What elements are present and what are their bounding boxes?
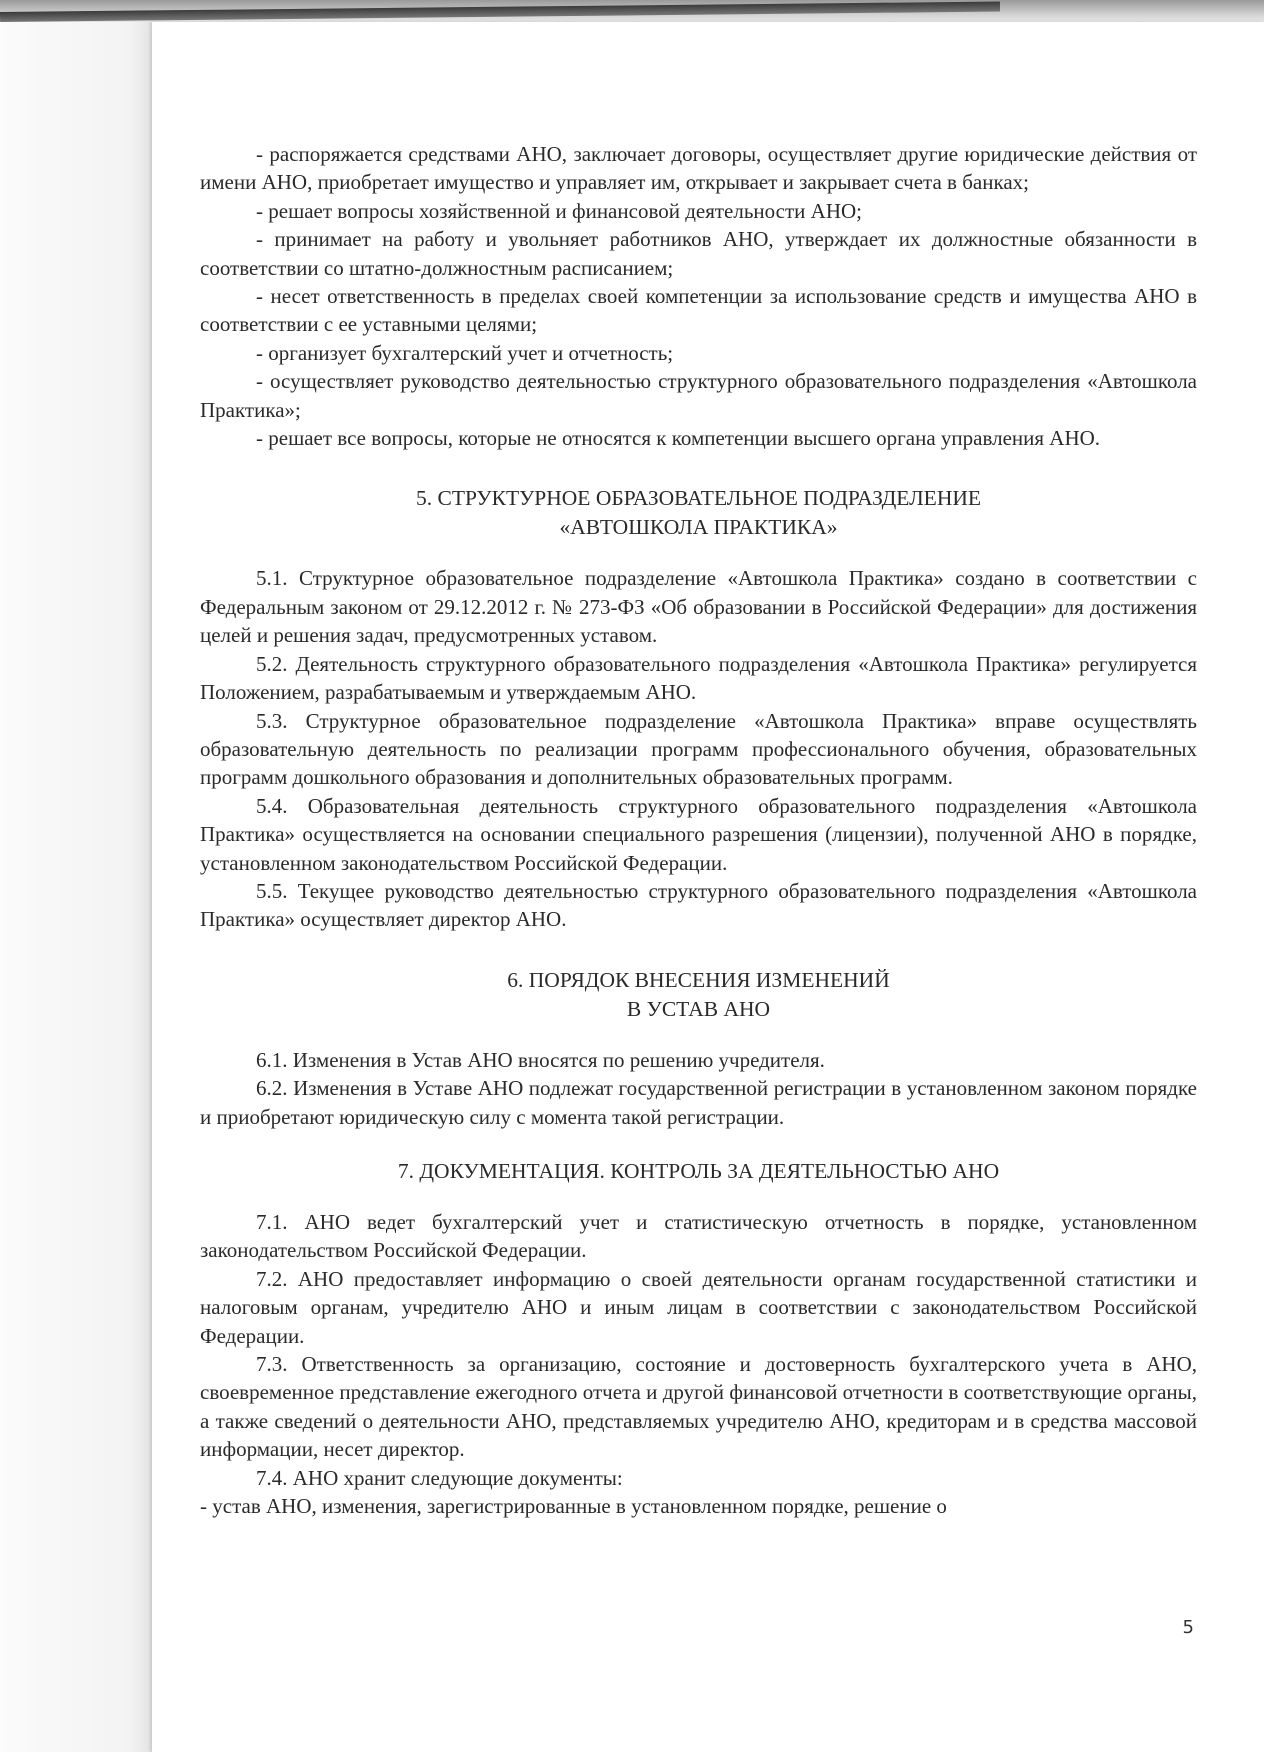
section-heading: 5. СТРУКТУРНОЕ ОБРАЗОВАТЕЛЬНОЕ ПОДРАЗДЕЛ… bbox=[200, 484, 1197, 542]
list-item: - устав АНО, изменения, зарегистрированн… bbox=[200, 1492, 1197, 1520]
paragraph: 5.2. Деятельность структурного образоват… bbox=[200, 650, 1197, 707]
heading-line: 5. СТРУКТУРНОЕ ОБРАЗОВАТЕЛЬНОЕ ПОДРАЗДЕЛ… bbox=[200, 484, 1197, 513]
list-item: - организует бухгалтерский учет и отчетн… bbox=[200, 339, 1197, 367]
section-7: 7. ДОКУМЕНТАЦИЯ. КОНТРОЛЬ ЗА ДЕЯТЕЛЬНОСТ… bbox=[200, 1157, 1197, 1520]
section-6: 6. ПОРЯДОК ВНЕСЕНИЯ ИЗМЕНЕНИЙ В УСТАВ АН… bbox=[200, 966, 1197, 1131]
paragraph: 6.1. Изменения в Устав АНО вносятся по р… bbox=[200, 1046, 1197, 1074]
paragraph: 5.3. Структурное образовательное подразд… bbox=[200, 707, 1197, 792]
paragraph: 6.2. Изменения в Уставе АНО подлежат гос… bbox=[200, 1074, 1197, 1131]
paragraph: 7.1. АНО ведет бухгалтерский учет и стат… bbox=[200, 1208, 1197, 1265]
paragraph: 7.4. АНО хранит следующие документы: bbox=[200, 1464, 1197, 1492]
scan-margin-left bbox=[0, 22, 152, 1752]
list-item: - осуществляет руководство деятельностью… bbox=[200, 367, 1197, 424]
section-heading: 6. ПОРЯДОК ВНЕСЕНИЯ ИЗМЕНЕНИЙ В УСТАВ АН… bbox=[200, 966, 1197, 1024]
heading-line: 6. ПОРЯДОК ВНЕСЕНИЯ ИЗМЕНЕНИЙ bbox=[200, 966, 1197, 995]
paragraph: 7.2. АНО предоставляет информацию о свое… bbox=[200, 1265, 1197, 1350]
list-item: - принимает на работу и увольняет работн… bbox=[200, 225, 1197, 282]
list-item: - несет ответственность в пределах своей… bbox=[200, 282, 1197, 339]
paragraph: 5.5. Текущее руководство деятельностью с… bbox=[200, 877, 1197, 934]
paragraph: 7.3. Ответственность за организацию, сос… bbox=[200, 1350, 1197, 1464]
section-5: 5. СТРУКТУРНОЕ ОБРАЗОВАТЕЛЬНОЕ ПОДРАЗДЕЛ… bbox=[200, 484, 1197, 933]
section-heading: 7. ДОКУМЕНТАЦИЯ. КОНТРОЛЬ ЗА ДЕЯТЕЛЬНОСТ… bbox=[200, 1157, 1197, 1186]
document-body: - распоряжается средствами АНО, заключае… bbox=[200, 140, 1197, 1520]
list-item: - решает вопросы хозяйственной и финансо… bbox=[200, 197, 1197, 225]
page-number: 5 bbox=[1183, 1617, 1194, 1638]
paragraph: 5.1. Структурное образовательное подразд… bbox=[200, 564, 1197, 649]
list-item: - распоряжается средствами АНО, заключае… bbox=[200, 140, 1197, 197]
list-item: - решает все вопросы, которые не относят… bbox=[200, 424, 1197, 452]
heading-line: 7. ДОКУМЕНТАЦИЯ. КОНТРОЛЬ ЗА ДЕЯТЕЛЬНОСТ… bbox=[200, 1157, 1197, 1186]
heading-line: «АВТОШКОЛА ПРАКТИКА» bbox=[200, 513, 1197, 542]
paragraph: 5.4. Образовательная деятельность структ… bbox=[200, 792, 1197, 877]
heading-line: В УСТАВ АНО bbox=[200, 995, 1197, 1024]
director-powers-list: - распоряжается средствами АНО, заключае… bbox=[200, 140, 1197, 452]
